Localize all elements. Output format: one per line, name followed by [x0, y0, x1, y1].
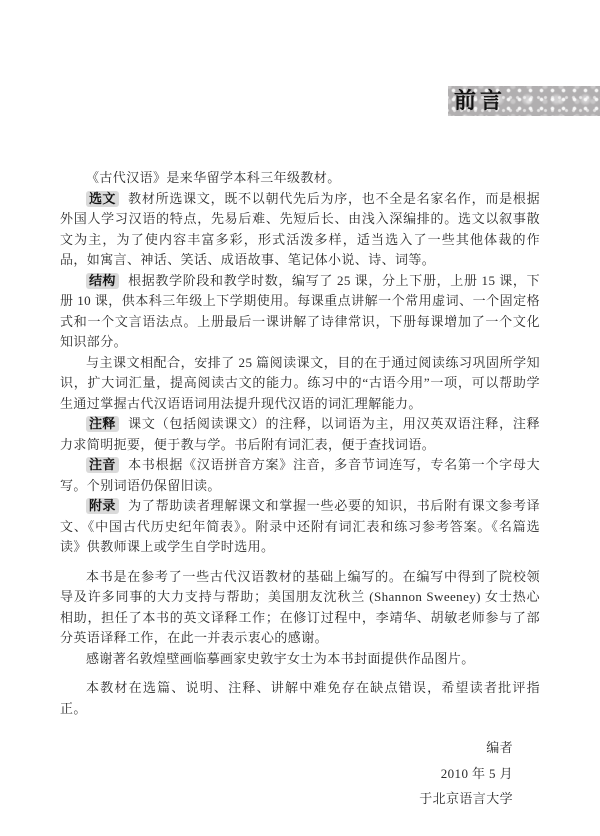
- signature-line: 编者: [60, 735, 513, 761]
- paragraph-text: 本书根据《汉语拼音方案》注音，多音节词连写，专名第一个字母大写。个别词语仍保留旧…: [60, 457, 540, 493]
- signature-line: 于北京语言大学: [60, 786, 513, 812]
- paragraph: 注音本书根据《汉语拼音方案》注音，多音节词连写，专名第一个字母大写。个别词语仍保…: [60, 455, 540, 496]
- section-label: 注释: [86, 416, 119, 432]
- paragraph: 感谢著名敦煌壁画临摹画家史敦宇女士为本书封面提供作品图片。: [60, 649, 540, 670]
- preface-page: 前言 《古代汉语》是来华留学本科三年级教材。选文教材所选课文，既不以朝代先后为序…: [0, 0, 600, 836]
- paragraph-text: 感谢著名敦煌壁画临摹画家史敦宇女士为本书封面提供作品图片。: [86, 651, 475, 666]
- section-label: 注音: [86, 457, 119, 473]
- paragraph-text: 《古代汉语》是来华留学本科三年级教材。: [86, 170, 341, 185]
- paragraph-text: 本教材在选篇、说明、注释、讲解中难免存在缺点错误，希望读者批评指正。: [60, 680, 540, 716]
- paragraph-text: 课文（包括阅读课文）的注释，以词语为主，用汉英双语注释，注释力求简明扼要，便于教…: [60, 416, 540, 452]
- signature-block: 编者2010 年 5 月于北京语言大学: [60, 735, 540, 812]
- paragraph: 注释课文（包括阅读课文）的注释，以词语为主，用汉英双语注释，注释力求简明扼要，便…: [60, 414, 540, 455]
- paragraph-text: 本书是在参考了一些古代汉语教材的基础上编写的。在编写中得到了院校领导及许多同事的…: [60, 569, 540, 646]
- paragraph-text: 与主课文相配合，安排了 25 篇阅读课文，目的在于通过阅读练习巩固所学知识，扩大…: [60, 355, 540, 411]
- section-label: 选文: [86, 191, 119, 207]
- section-label: 结构: [86, 273, 119, 289]
- paragraph-text: 教材所选课文，既不以朝代先后为序，也不全是名家名作，而是根据外国人学习汉语的特点…: [60, 191, 540, 268]
- paragraph: 附录为了帮助读者理解课文和掌握一些必要的知识，书后附有课文参考译文、《中国古代历…: [60, 496, 540, 558]
- signature-line: 2010 年 5 月: [60, 761, 513, 787]
- section-label: 附录: [86, 498, 119, 514]
- paragraph-text: 为了帮助读者理解课文和掌握一些必要的知识，书后附有课文参考译文、《中国古代历史纪…: [60, 498, 540, 554]
- chapter-header-band: 前言: [448, 86, 600, 116]
- paragraph: 《古代汉语》是来华留学本科三年级教材。: [60, 168, 540, 189]
- preface-body: 《古代汉语》是来华留学本科三年级教材。选文教材所选课文，既不以朝代先后为序，也不…: [60, 168, 540, 812]
- paragraph-text: 根据教学阶段和教学时数，编写了 25 课，分上下册，上册 15 课，下册 10 …: [60, 273, 540, 350]
- paragraph: 本书是在参考了一些古代汉语教材的基础上编写的。在编写中得到了院校领导及许多同事的…: [60, 567, 540, 649]
- page-title: 前言: [454, 86, 506, 116]
- paragraph: 本教材在选篇、说明、注释、讲解中难免存在缺点错误，希望读者批评指正。: [60, 678, 540, 719]
- paragraph: 与主课文相配合，安排了 25 篇阅读课文，目的在于通过阅读练习巩固所学知识，扩大…: [60, 353, 540, 415]
- paragraph: 结构根据教学阶段和教学时数，编写了 25 课，分上下册，上册 15 课，下册 1…: [60, 271, 540, 353]
- paragraph: 选文教材所选课文，既不以朝代先后为序，也不全是名家名作，而是根据外国人学习汉语的…: [60, 189, 540, 271]
